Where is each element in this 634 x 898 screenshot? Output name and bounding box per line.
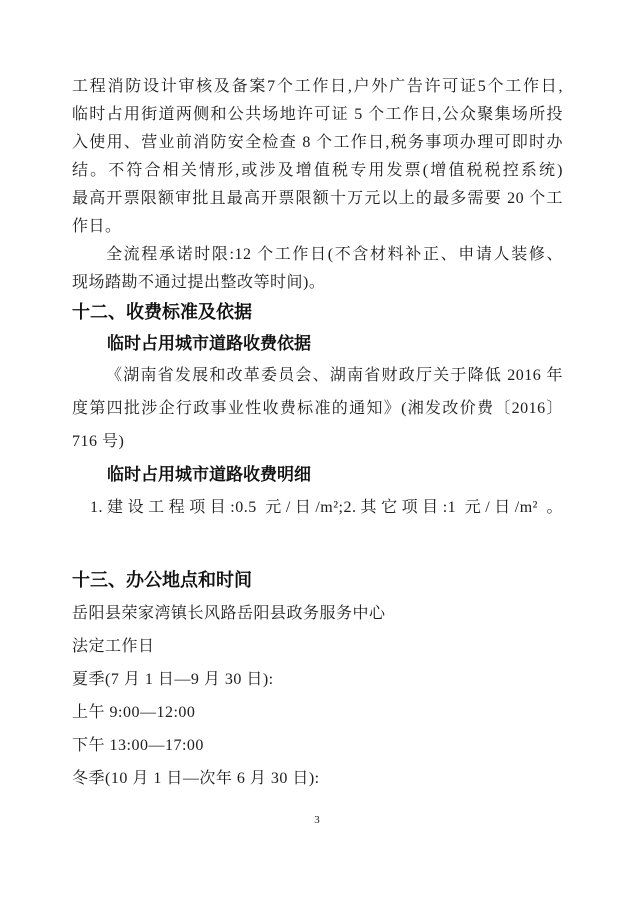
page-content: 工程消防设计审核及备案7个工作日,户外广告许可证5个工作日, 临时占用街道两侧和… xyxy=(72,73,563,795)
document-page: 工程消防设计审核及备案7个工作日,户外广告许可证5个工作日, 临时占用街道两侧和… xyxy=(0,0,634,898)
text-line: 临时占用街道两侧和公共场地许可证 5 个工作日,公众聚集场所投 xyxy=(72,101,563,129)
text-line: 716 号) xyxy=(72,425,563,458)
text-line: 《湖南省发展和改革委员会、湖南省财政厅关于降低 2016 年 xyxy=(72,359,563,392)
afternoon-hours-line: 下午 13:00—17:00 xyxy=(72,729,563,762)
section-12-heading: 十二、收费标准及依据 xyxy=(72,297,563,328)
text-line: 作日。 xyxy=(72,213,563,241)
morning-hours-line: 上午 9:00—12:00 xyxy=(72,696,563,729)
fee-detail-title: 临时占用城市道路收费明细 xyxy=(72,458,563,491)
fee-basis-title: 临时占用城市道路收费依据 xyxy=(72,328,563,359)
text-line: 度第四批涉企行政事业性收费标准的通知》(湘发改价费〔2016〕 xyxy=(72,392,563,425)
office-address-line: 岳阳县荣家湾镇长风路岳阳县政务服务中心 xyxy=(72,597,563,630)
text-line: 工程消防设计审核及备案7个工作日,户外广告许可证5个工作日, xyxy=(72,73,563,101)
section-13-heading: 十三、办公地点和时间 xyxy=(72,564,563,597)
workday-line: 法定工作日 xyxy=(72,630,563,663)
text-line: 全流程承诺时限:12 个工作日(不含材料补正、申请人装修、 xyxy=(72,241,563,269)
page-number: 3 xyxy=(0,814,634,826)
winter-season-line: 冬季(10 月 1 日—次年 6 月 30 日): xyxy=(72,762,563,795)
summer-season-line: 夏季(7 月 1 日—9 月 30 日): xyxy=(72,663,563,696)
fee-detail-line: 1.建设工程项目:0.5 元/日/m²;2.其它项目:1 元/日/m² 。 xyxy=(72,491,563,524)
text-line: 最高开票限额审批且最高开票限额十万元以上的最多需要 20 个工 xyxy=(72,185,563,213)
text-line: 结。不符合相关情形,或涉及增值税专用发票(增值税税控系统) xyxy=(72,157,563,185)
text-line: 现场踏勘不通过提出整改等时间)。 xyxy=(72,269,563,297)
text-line: 入使用、营业前消防安全检查 8 个工作日,税务事项办理可即时办 xyxy=(72,129,563,157)
